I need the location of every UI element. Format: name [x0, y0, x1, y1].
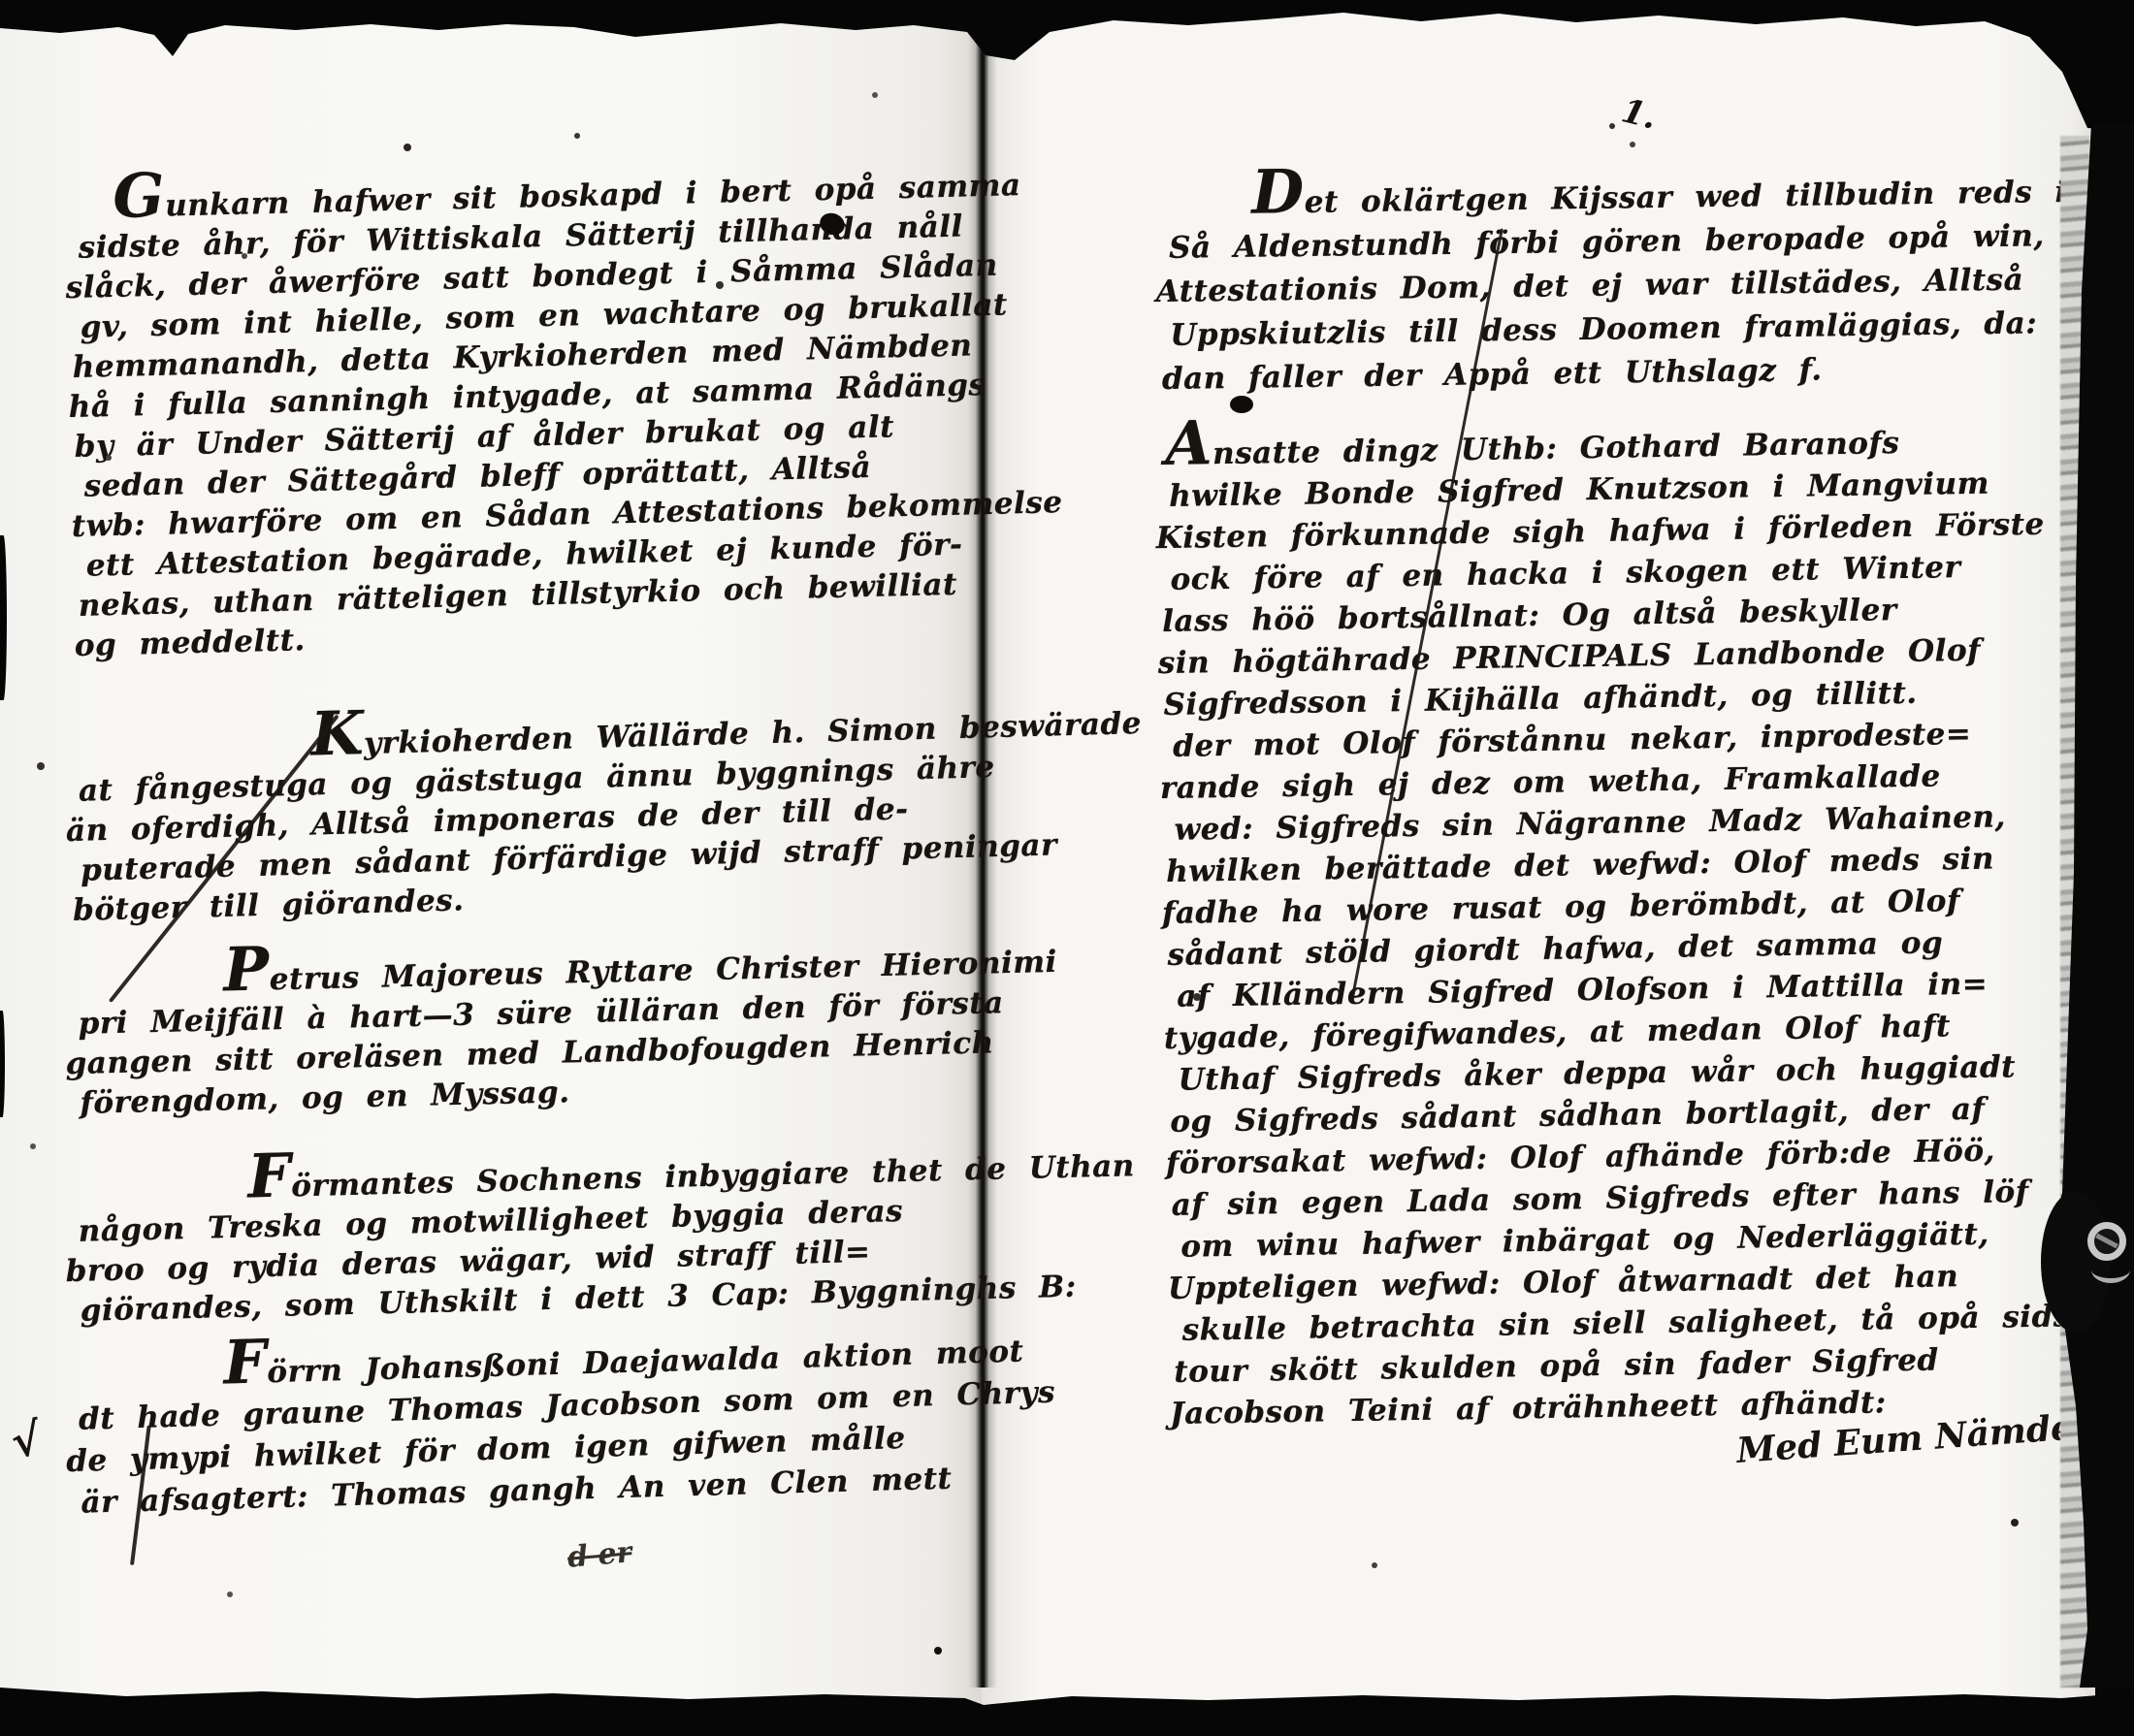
left-paragraph-1: Gunkarn hafwer sit boskapd i bert opå sa… — [68, 154, 986, 666]
left-paragraph-5: Förrn Johansßoni Daejawalda aktion moot … — [68, 1321, 980, 1525]
left-paragraph-2: Kyrkioherden Wällärde h. Simon beswärade… — [68, 696, 980, 931]
right-paragraph-1: Det oklärtgen Kijssar wed tillbudin reds… — [1159, 160, 2079, 402]
ink-blot — [1230, 396, 1253, 413]
grommet-bar — [2095, 1234, 2118, 1249]
scan-edge-left-sliver — [0, 535, 7, 700]
left-paragraph-3: Petrus Majoreus Ryttare Christer Hieroni… — [68, 932, 979, 1124]
left-paragraph-4: Förmantes Sochnens inbyggiare thet de Ut… — [68, 1138, 979, 1332]
right-paragraph-2: Ansatte dingz Uthb: Gothard Baranofs hwi… — [1159, 408, 2091, 1435]
binding-grommet-icon — [2087, 1222, 2126, 1261]
grommet-highlight — [2091, 1257, 2130, 1283]
crossed-out-scribble: d er — [566, 1535, 633, 1575]
scan-edge-left-sliver — [0, 1011, 5, 1117]
manuscript-scan: Gunkarn hafwer sit boskapd i bert opå sa… — [0, 0, 2134, 1736]
